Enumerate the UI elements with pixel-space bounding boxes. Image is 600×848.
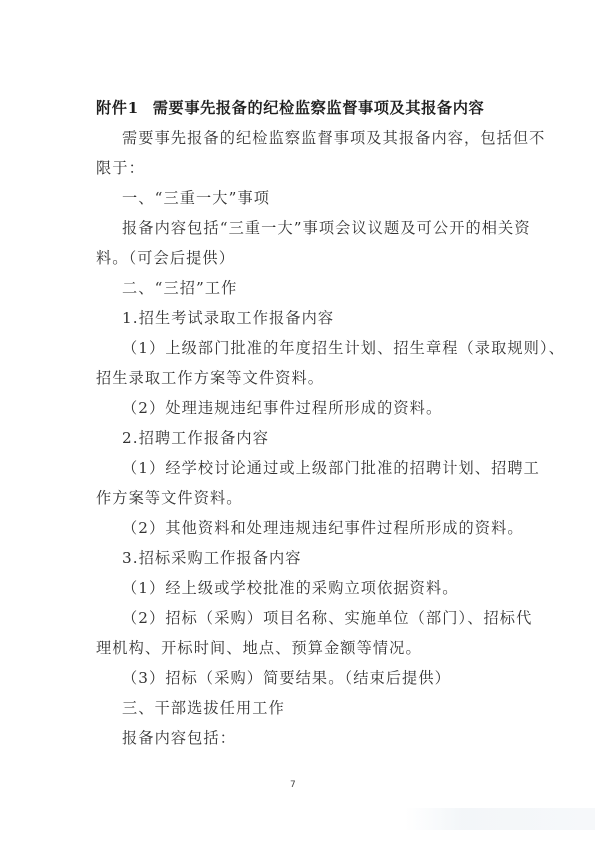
title-text: 需要事先报备的纪检监察监督事项及其报备内容	[153, 99, 485, 117]
subsection-heading: 1.招生考试录取工作报备内容	[122, 308, 522, 328]
document-title: 附件1需要事先报备的纪检监察监督事项及其报备内容	[96, 98, 496, 118]
paragraph-line: 招生录取工作方案等文件资料。	[96, 368, 496, 388]
paragraph-line: 料。（可会后提供）	[96, 248, 496, 268]
paragraph-line: （2）其他资料和处理违规违纪事件过程所形成的资料。	[122, 518, 522, 538]
paragraph-line: （1）经上级或学校批准的采购立项依据资料。	[122, 578, 522, 598]
subsection-heading: 3.招标采购工作报备内容	[122, 548, 522, 568]
paragraph-line: 需要事先报备的纪检监察监督事项及其报备内容，包括但不	[122, 128, 522, 148]
paragraph-line: 报备内容包括：	[122, 728, 522, 748]
scan-artifact	[405, 808, 595, 830]
subsection-heading: 2.招聘工作报备内容	[122, 428, 522, 448]
paragraph-line: （2）处理违规违纪事件过程所形成的资料。	[122, 398, 522, 418]
section-heading-3: 三、干部选拔任用工作	[122, 698, 522, 718]
attachment-label: 附件1	[96, 99, 139, 117]
section-heading-2: 二、“三招”工作	[122, 278, 522, 298]
paragraph-line: 报备内容包括“三重一大”事项会议议题及可公开的相关资	[122, 218, 522, 238]
document-page: 附件1需要事先报备的纪检监察监督事项及其报备内容 需要事先报备的纪检监察监督事项…	[0, 0, 600, 848]
section-heading-1: 一、“三重一大”事项	[122, 188, 522, 208]
page-number: 7	[290, 780, 296, 790]
paragraph-line: （3）招标（采购）简要结果。（结束后提供）	[122, 668, 522, 688]
paragraph-line: （2）招标（采购）项目名称、实施单位（部门）、招标代	[122, 608, 522, 628]
paragraph-line: 限于：	[96, 158, 496, 178]
paragraph-line: 理机构、开标时间、地点、预算金额等情况。	[96, 638, 496, 658]
paragraph-line: （1）上级部门批准的年度招生计划、招生章程（录取规则）、	[122, 338, 522, 358]
paragraph-line: 作方案等文件资料。	[96, 488, 496, 508]
paragraph-line: （1）经学校讨论通过或上级部门批准的招聘计划、招聘工	[122, 458, 522, 478]
